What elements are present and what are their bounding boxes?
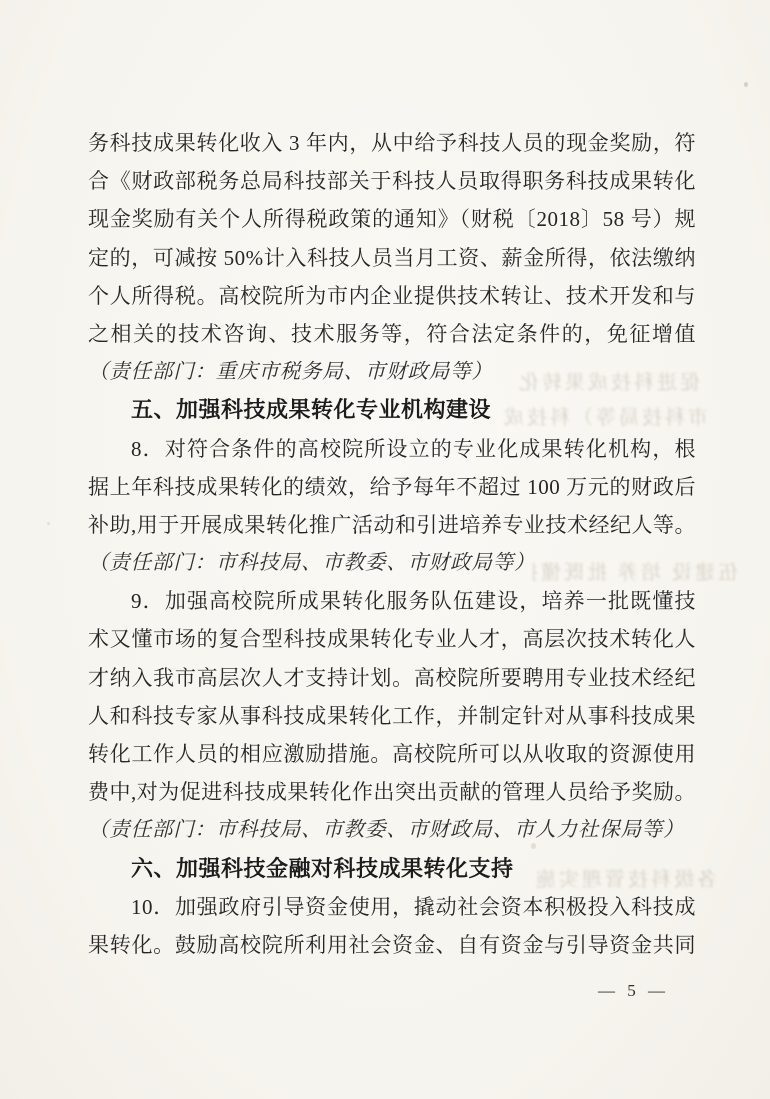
body-line: 据上年科技成果转化的绩效，给予每年不超过 100 万元的财政后	[88, 468, 696, 506]
page-number: — 5 —	[598, 981, 669, 1001]
responsibility-line: （责任部门：市科技局、市教委、市财政局等）	[88, 544, 696, 582]
body-line: 转化工作人员的相应激励措施。高校院所可以从收取的资源使用	[88, 735, 696, 773]
scan-speck	[47, 522, 50, 525]
scan-speck	[531, 843, 536, 849]
body-line: 才纳入我市高层次人才支持计划。高校院所要聘用专业技术经纪	[88, 659, 696, 697]
body-line: 定的，可减按 50%计入科技人员当月工资、薪金所得，依法缴纳	[88, 239, 696, 277]
body-line: 9．加强高校院所成果转化服务队伍建设，培养一批既懂技	[88, 582, 696, 620]
body-line: 8．对符合条件的高校院所设立的专业化成果转化机构，根	[88, 430, 696, 468]
body-line: 现金奖励有关个人所得税政策的通知》（财税〔2018〕58 号）规	[88, 200, 696, 238]
body-line: 术又懂市场的复合型科技成果转化专业人才，高层次技术转化人	[88, 620, 696, 658]
body-line: 10．加强政府引导资金使用，撬动社会资本积极投入科技成	[88, 888, 696, 926]
scan-speck	[744, 82, 748, 87]
body-line: 合《财政部税务总局科技部关于科技人员取得职务科技成果转化	[88, 162, 696, 200]
document-page: 务科技成果转化收入 3 年内，从中给予科技人员的现金奖励，符合《财政部税务总局科…	[0, 0, 770, 1099]
body-line: 补助,用于开展成果转化推广活动和引进培养专业技术经纪人等。	[88, 506, 696, 544]
responsibility-line: （责任部门：市科技局、市教委、市财政局、市人力社保局等）	[88, 811, 696, 849]
body-line: 人和科技专家从事科技成果转化工作，并制定针对从事科技成果	[88, 697, 696, 735]
responsibility-line: （责任部门：重庆市税务局、市财政局等）	[88, 353, 696, 391]
body-line: 果转化。鼓励高校院所利用社会资金、自有资金与引导资金共同	[88, 926, 696, 964]
body-line: 费中,对为促进科技成果转化作出突出贡献的管理人员给予奖励。	[88, 773, 696, 811]
section-heading: 六、加强科技金融对科技成果转化支持	[88, 850, 696, 888]
body-line: 之相关的技术咨询、技术服务等，符合法定条件的，免征增值税。	[88, 315, 696, 353]
body-line: 务科技成果转化收入 3 年内，从中给予科技人员的现金奖励，符	[88, 124, 696, 162]
section-heading: 五、加强科技成果转化专业机构建设	[88, 391, 696, 429]
document-body: 务科技成果转化收入 3 年内，从中给予科技人员的现金奖励，符合《财政部税务总局科…	[88, 124, 696, 964]
body-line: 个人所得税。高校院所为市内企业提供技术转让、技术开发和与	[88, 277, 696, 315]
